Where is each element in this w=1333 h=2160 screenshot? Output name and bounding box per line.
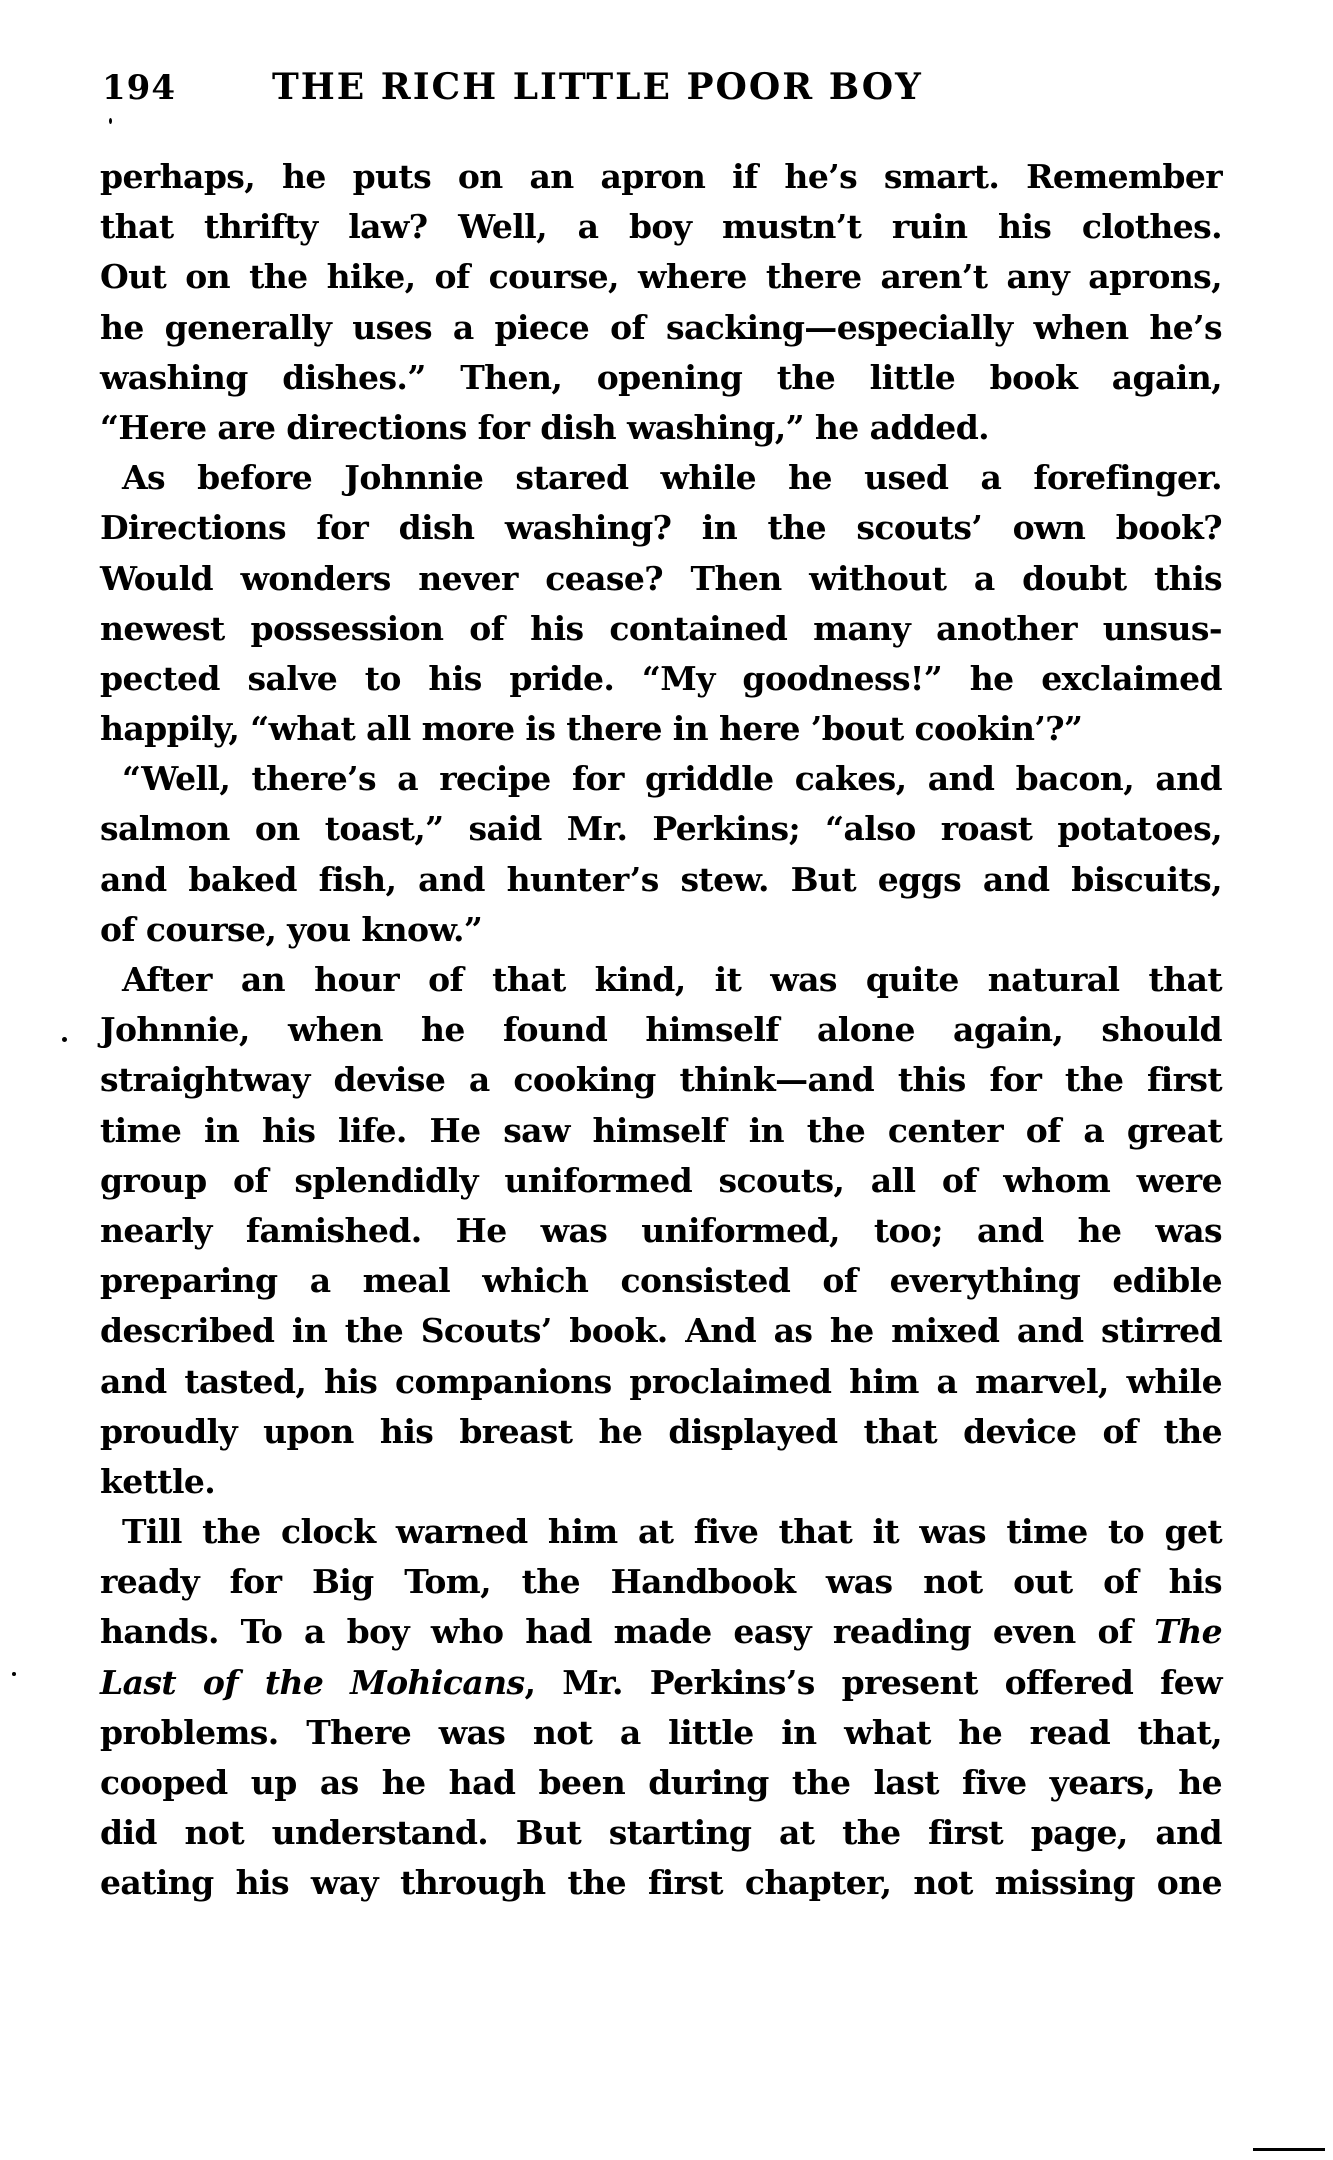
text-line: group of splendidly uniformed scouts, al… (100, 1156, 1222, 1206)
text-line: Till the clock warned him at five that i… (100, 1507, 1222, 1557)
paragraph: After an hour of that kind, it was quite… (100, 955, 1222, 1507)
paragraph: perhaps, he puts on an apron if he’s sma… (100, 152, 1222, 453)
text-line: he generally uses a piece of sacking—esp… (100, 303, 1222, 353)
text-line: straightway devise a cooking think—and t… (100, 1055, 1222, 1105)
text-line: newest possession of his contained many … (100, 604, 1222, 654)
scan-speck (62, 1037, 67, 1042)
text-line: proudly upon his breast he displayed tha… (100, 1407, 1222, 1457)
text-line: problems. There was not a little in what… (100, 1708, 1222, 1758)
paragraph: Till the clock warned him at five that i… (100, 1507, 1222, 1909)
text-line: Would wonders never cease? Then without … (100, 554, 1222, 604)
scan-speck (12, 1672, 16, 1676)
text-line: eating his way through the first chapter… (100, 1858, 1222, 1908)
scan-speck (1253, 2148, 1325, 2151)
text-line: that thrifty law? Well, a boy mustn’t ru… (100, 202, 1222, 252)
body-text: perhaps, he puts on an apron if he’s sma… (100, 152, 1222, 1909)
running-head: 194THE RICH LITTLE POOR BOY (102, 62, 1222, 112)
paragraph: As before Johnnie stared while he used a… (100, 453, 1222, 754)
text-line: After an hour of that kind, it was quite… (100, 955, 1222, 1005)
paragraph: “Well, there’s a recipe for griddle cake… (100, 754, 1222, 955)
text-line: ready for Big Tom, the Handbook was not … (100, 1557, 1222, 1607)
text-line: of course, you know.” (100, 905, 1222, 955)
text-line: kettle. (100, 1457, 1222, 1507)
running-title: THE RICH LITTLE POOR BOY (272, 62, 923, 112)
text-line: time in his life. He saw himself in the … (100, 1106, 1222, 1156)
italic-book-title: Last of the Mohicans (100, 1663, 525, 1702)
text-line: Directions for dish washing? in the scou… (100, 503, 1222, 553)
text-line: Out on the hike, of course, where there … (100, 252, 1222, 302)
text-line: As before Johnnie stared while he used a… (100, 453, 1222, 503)
text-line: perhaps, he puts on an apron if he’s sma… (100, 152, 1222, 202)
text-line: cooped up as he had been during the last… (100, 1758, 1222, 1808)
text-fragment: , Mr. Perkins’s present offered few (525, 1663, 1222, 1702)
text-line-with-italic: hands. To a boy who had made easy readin… (100, 1607, 1222, 1657)
text-line: nearly famished. He was uniformed, too; … (100, 1206, 1222, 1256)
text-line: “Here are directions for dish washing,” … (100, 403, 1222, 453)
text-line-with-italic: Last of the Mohicans, Mr. Perkins’s pres… (100, 1658, 1222, 1708)
scan-speck (109, 118, 112, 124)
text-line: described in the Scouts’ book. And as he… (100, 1306, 1222, 1356)
page-number: 194 (102, 63, 272, 113)
text-line: pected salve to his pride. “My goodness!… (100, 654, 1222, 704)
text-fragment: hands. To a boy who had made easy readin… (100, 1612, 1154, 1651)
italic-book-title: The (1154, 1612, 1222, 1651)
text-line: preparing a meal which consisted of ever… (100, 1256, 1222, 1306)
text-line: Johnnie, when he found himself alone aga… (100, 1005, 1222, 1055)
text-line: “Well, there’s a recipe for griddle cake… (100, 754, 1222, 804)
text-line: salmon on toast,” said Mr. Perkins; “als… (100, 804, 1222, 854)
text-line: washing dishes.” Then, opening the littl… (100, 353, 1222, 403)
text-line: and tasted, his companions proclaimed hi… (100, 1357, 1222, 1407)
book-page: 194THE RICH LITTLE POOR BOY perhaps, he … (0, 0, 1333, 2160)
text-line: did not understand. But starting at the … (100, 1808, 1222, 1858)
text-line: and baked fish, and hunter’s stew. But e… (100, 855, 1222, 905)
text-line: happily, “what all more is there in here… (100, 704, 1222, 754)
